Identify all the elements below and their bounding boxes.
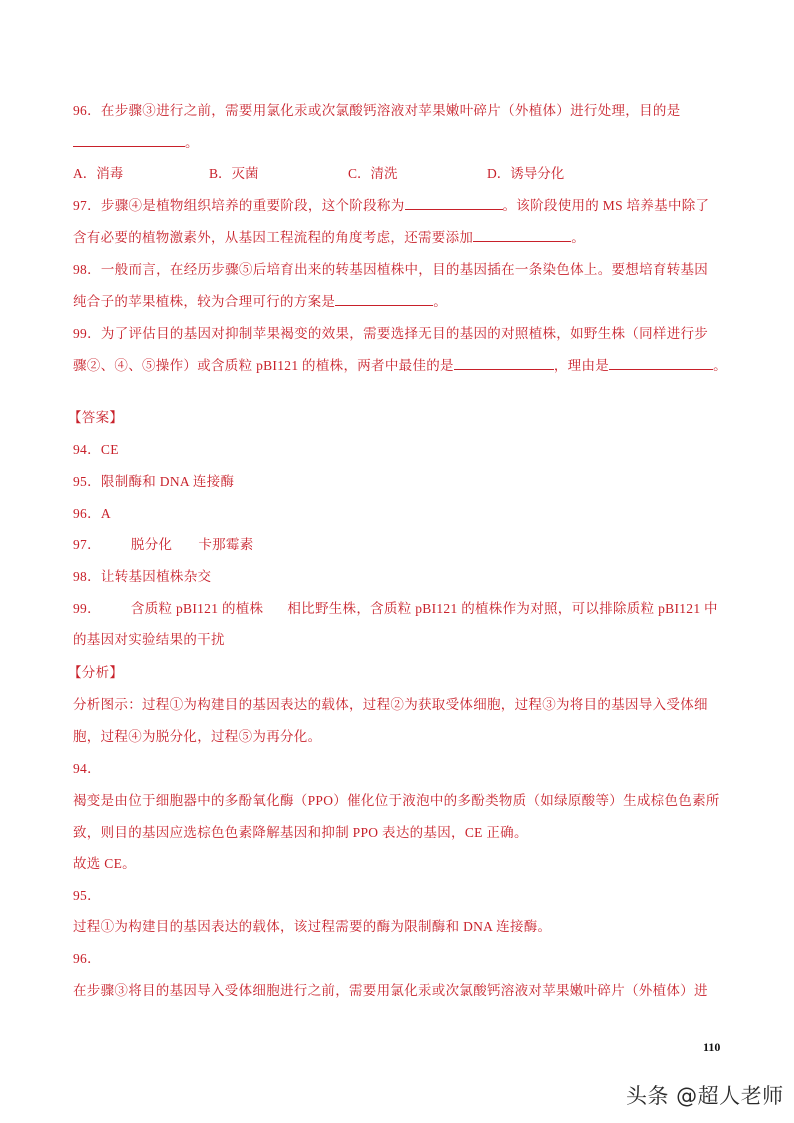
answer-item-98: 98．让转基因植株杂交 [73, 568, 211, 586]
answer-blank [405, 197, 503, 210]
analysis-94-number: 94． [73, 760, 101, 778]
question-97-text-b: 。该阶段使用的 MS 培养基中除了 [503, 198, 710, 213]
period: 。 [713, 358, 727, 373]
answer-number: 98． [73, 569, 101, 584]
answer-blank [335, 293, 433, 306]
answer-text-1: 含质粒 pBI121 的植株 [131, 601, 263, 616]
option-a: A．消毒 [73, 165, 123, 183]
analysis-94-line1: 褐变是由位于细胞器中的多酚氧化酶（PPO）催化位于液泡中的多酚类物质（如绿原酸等… [73, 792, 720, 810]
analysis-94-line3: 故选 CE。 [73, 855, 136, 873]
period: 。 [433, 294, 447, 309]
answer-number: 99． [73, 601, 101, 616]
analysis-94-line2: 致，则目的基因应选棕色色素降解基因和抑制 PPO 表达的基因，CE 正确。 [73, 824, 528, 842]
question-98-text: 纯合子的苹果植株，较为合理可行的方案是 [73, 294, 335, 309]
question-99-text-a: 骤②、④、⑤操作）或含质粒 pBI121 的植株，两者中最佳的是 [73, 358, 454, 373]
period: 。 [571, 230, 585, 245]
option-d: D．诱导分化 [487, 165, 564, 183]
period: 。 [185, 135, 199, 150]
answer-number: 97． [73, 537, 101, 552]
analysis-intro-line1: 分析图示：过程①为构建目的基因表达的载体，过程②为获取受体细胞，过程③为将目的基… [73, 696, 708, 714]
answer-item-99-continuation: 的基因对实验结果的干扰 [73, 631, 225, 649]
question-96-line1: 96．在步骤③进行之前，需要用氯化汞或次氯酸钙溶液对苹果嫩叶碎片（外植体）进行处… [73, 102, 681, 120]
answer-item-97: 97．脱分化卡那霉素 [73, 536, 254, 554]
question-96-line2: 。 [73, 134, 199, 152]
answer-text-2: 相比野生株，含质粒 pBI121 的植株作为对照，可以排除质粒 pBI121 中 [287, 601, 718, 616]
question-98-line2: 纯合子的苹果植株，较为合理可行的方案是。 [73, 293, 447, 311]
answer-heading: 【答案】 [68, 409, 123, 427]
answer-blank [473, 229, 571, 242]
question-97-text-c: 含有必要的植物激素外，从基因工程流程的角度考虑，还需要添加 [73, 230, 473, 245]
watermark: 头条 @超人老师 [626, 1080, 784, 1110]
analysis-96-number: 96． [73, 950, 101, 968]
question-97-line1: 97．步骤④是植物组织培养的重要阶段，这个阶段称为。该阶段使用的 MS 培养基中… [73, 197, 709, 215]
option-c: C．清洗 [348, 165, 398, 183]
question-99-text-b: ，理由是 [554, 358, 609, 373]
analysis-96-line1: 在步骤③将目的基因导入受体细胞进行之前，需要用氯化汞或次氯酸钙溶液对苹果嫩叶碎片… [73, 982, 708, 1000]
answer-blank [609, 357, 713, 370]
analysis-95-line1: 过程①为构建目的基因表达的载体，该过程需要的酶为限制酶和 DNA 连接酶。 [73, 918, 551, 936]
answer-number: 95． [73, 474, 101, 489]
answer-blank [73, 134, 185, 147]
analysis-heading: 【分析】 [68, 664, 123, 682]
answer-item-99: 99．含质粒 pBI121 的植株相比野生株，含质粒 pBI121 的植株作为对… [73, 600, 718, 618]
option-b: B．灭菌 [209, 165, 259, 183]
analysis-95-number: 95． [73, 887, 101, 905]
answer-number: 94． [73, 442, 101, 457]
answer-item-94: 94．CE [73, 441, 119, 459]
answer-item-96: 96．A [73, 505, 111, 523]
question-99-line2: 骤②、④、⑤操作）或含质粒 pBI121 的植株，两者中最佳的是，理由是。 [73, 357, 727, 375]
answer-text: A [101, 506, 111, 521]
page-number: 110 [703, 1040, 720, 1055]
answer-text: 限制酶和 DNA 连接酶 [101, 474, 234, 489]
question-99-line1: 99．为了评估目的基因对抑制苹果褐变的效果，需要选择无目的基因的对照植株，如野生… [73, 325, 708, 343]
answer-item-95: 95．限制酶和 DNA 连接酶 [73, 473, 234, 491]
question-97-line2: 含有必要的植物激素外，从基因工程流程的角度考虑，还需要添加。 [73, 229, 585, 247]
answer-blank [454, 357, 554, 370]
analysis-intro-line2: 胞，过程④为脱分化，过程⑤为再分化。 [73, 728, 321, 746]
answer-text: CE [101, 442, 119, 457]
answer-text-1: 脱分化 [131, 537, 172, 552]
answer-text-2: 卡那霉素 [198, 537, 253, 552]
question-97-text-a: 97．步骤④是植物组织培养的重要阶段，这个阶段称为 [73, 198, 405, 213]
answer-number: 96． [73, 506, 101, 521]
question-98-line1: 98．一般而言，在经历步骤⑤后培育出来的转基因植株中，目的基因插在一条染色体上。… [73, 261, 708, 279]
answer-text: 让转基因植株杂交 [101, 569, 211, 584]
